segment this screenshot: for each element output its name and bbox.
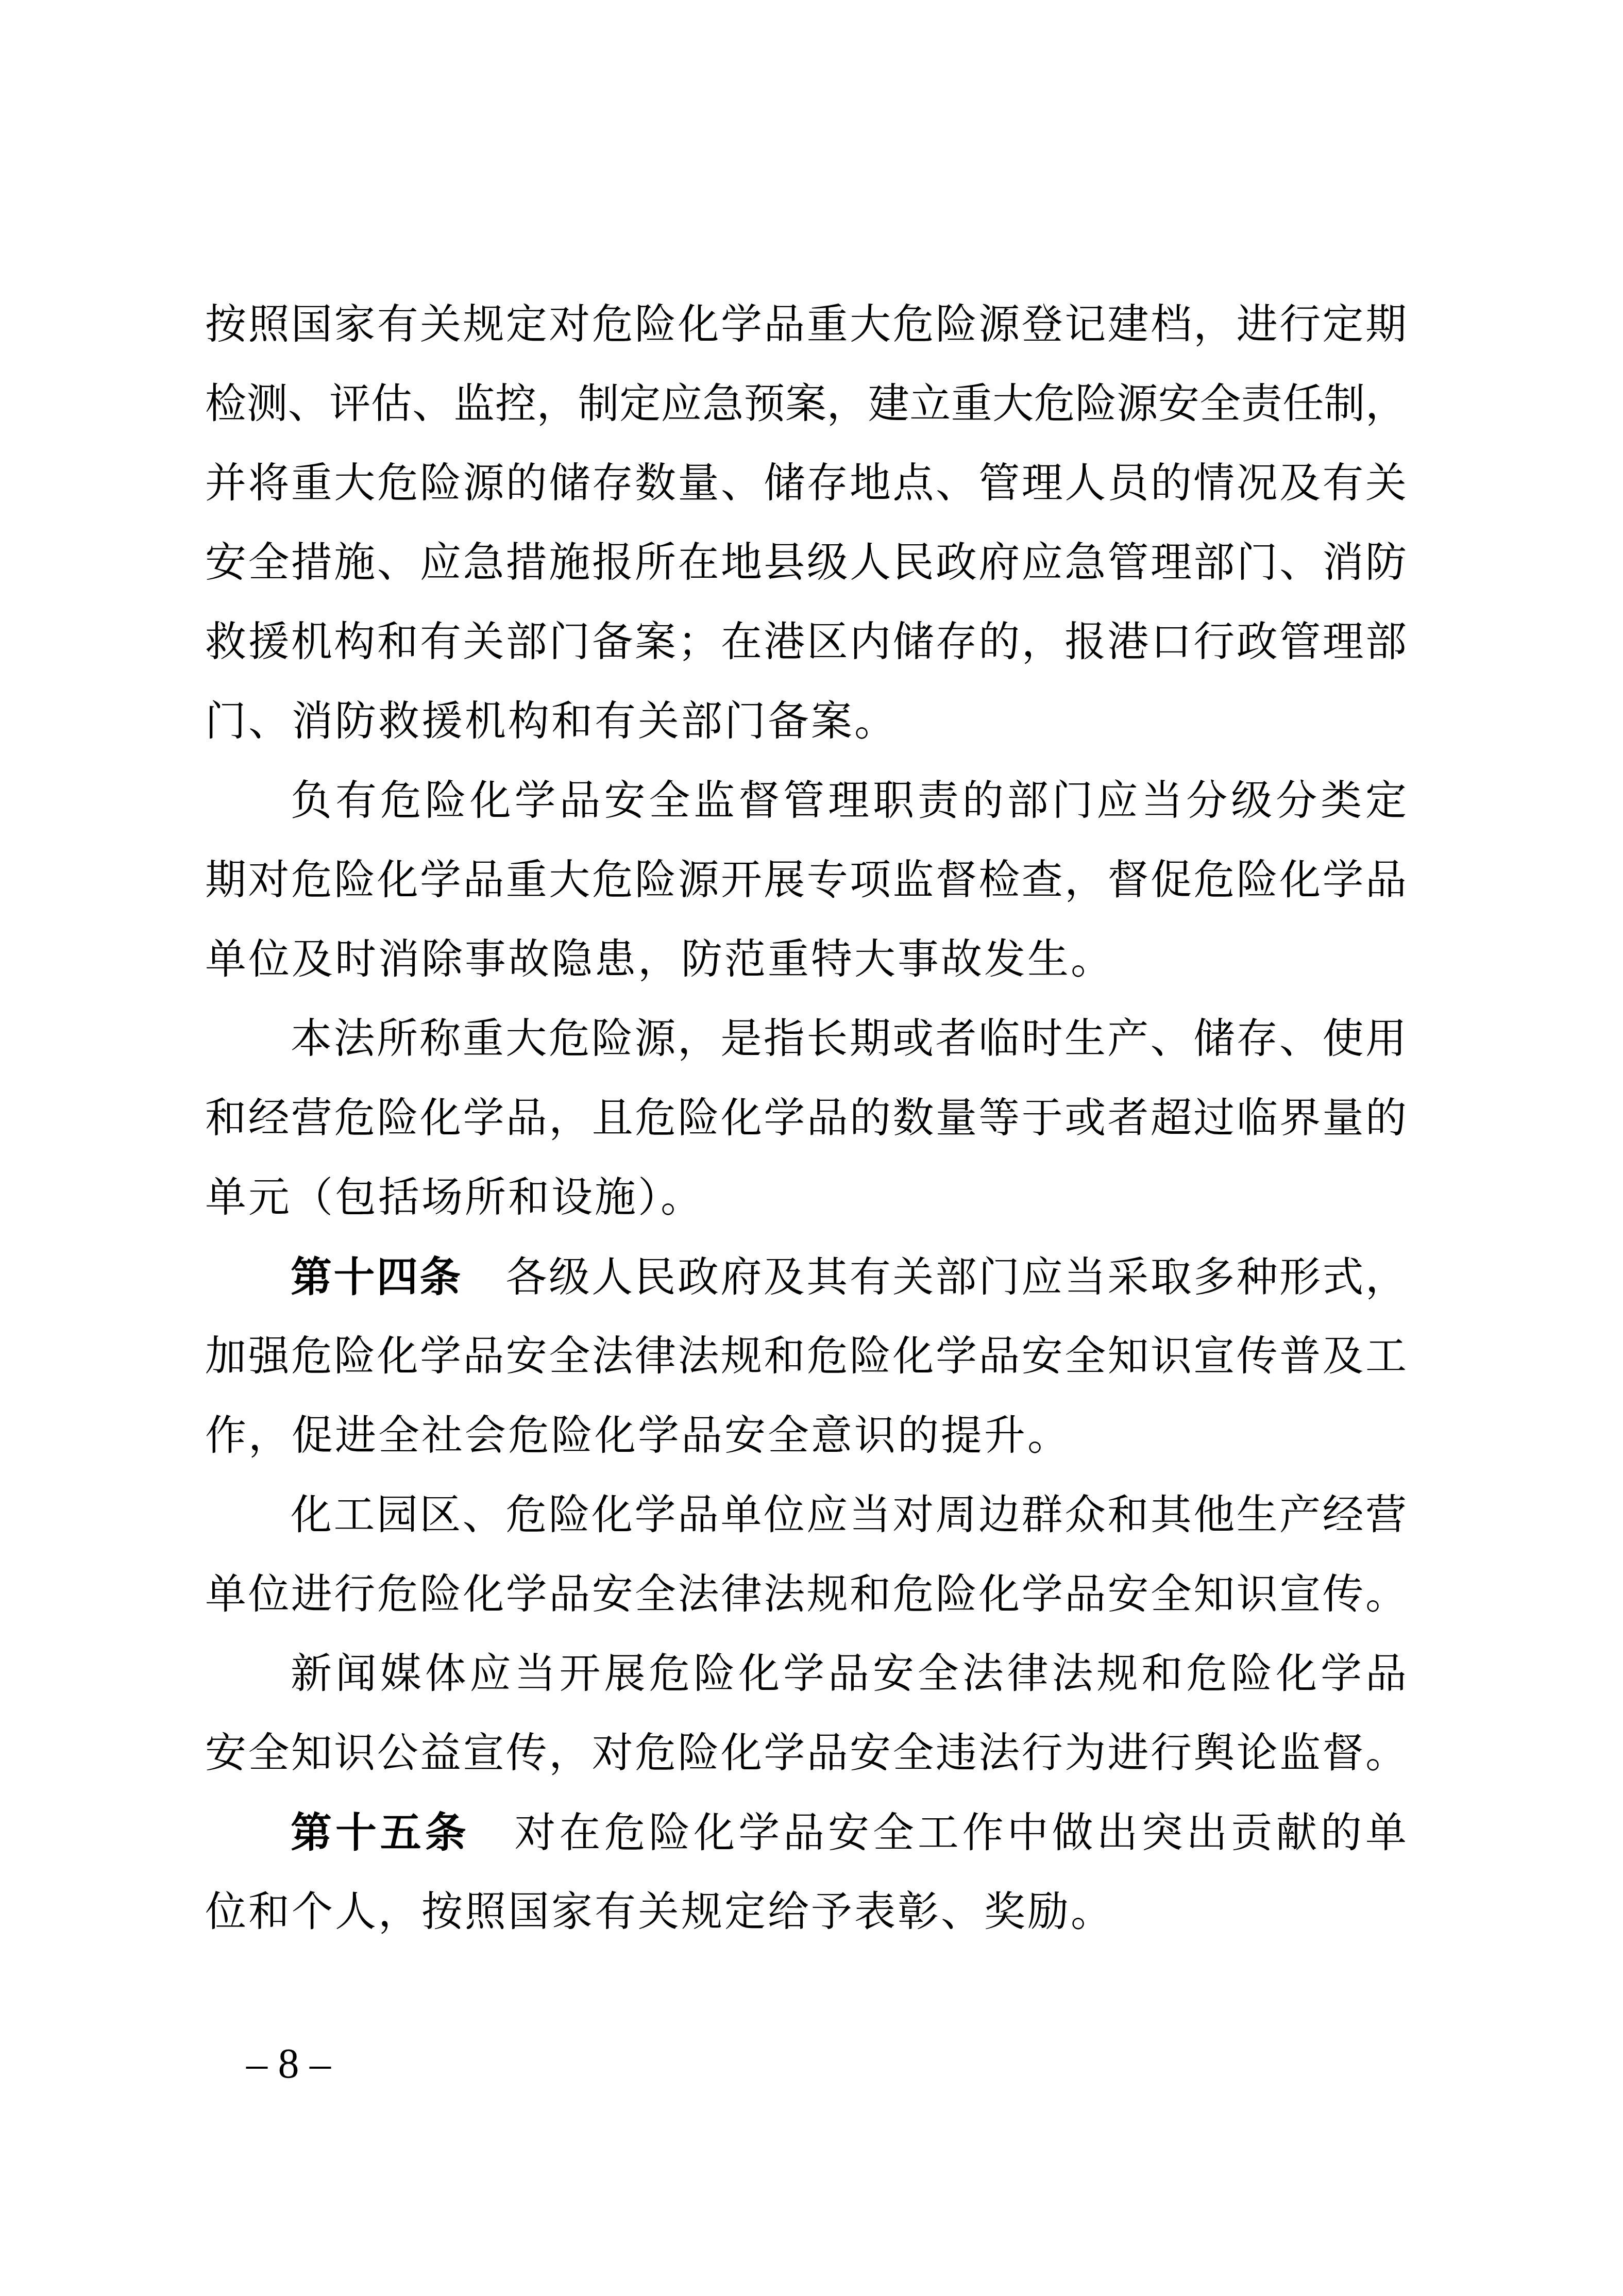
line-text: 负有危险化学品安全监督管理职责的部门应当分级分类定 (291, 778, 1407, 824)
line-text: 和经营危险化学品，且危险化学品的数量等于或者超过临界量的 (205, 1096, 1407, 1141)
line-text: 各级人民政府及其有关部门应当采取多种形式， (463, 1255, 1407, 1300)
text-line: 作，促进全社会危险化学品安全意识的提升。 (205, 1396, 1407, 1476)
text-line: 检测、评估、监控，制定应急预案，建立重大危险源安全责任制， (205, 364, 1407, 444)
line-text: 化工园区、危险化学品单位应当对周边群众和其他生产经营 (291, 1493, 1407, 1538)
text-line: 位和个人，按照国家有关规定给予表彰、奖励。 (205, 1872, 1407, 1952)
text-line: 化工园区、危险化学品单位应当对周边群众和其他生产经营 (205, 1476, 1407, 1555)
text-line: 负有危险化学品安全监督管理职责的部门应当分级分类定 (205, 761, 1407, 841)
line-text: 按照国家有关规定对危险化学品重大危险源登记建档，进行定期 (205, 302, 1407, 347)
line-text: 单元（包括场所和设施）。 (205, 1175, 704, 1220)
line-text: 安全措施、应急措施报所在地县级人民政府应急管理部门、消防 (205, 540, 1407, 585)
text-line: 救援机构和有关部门备案；在港区内储存的，报港口行政管理部 (205, 602, 1407, 682)
line-text: 检测、评估、监控，制定应急预案，建立重大危险源安全责任制， (205, 381, 1407, 427)
text-line: 本法所称重大危险源，是指长期或者临时生产、储存、使用 (205, 999, 1407, 1079)
text-line: 期对危险化学品重大危险源开展专项监督检查，督促危险化学品 (205, 841, 1407, 920)
text-line: 单位及时消除事故隐患，防范重特大事故发生。 (205, 920, 1407, 999)
article-number: 第十四条 (291, 1254, 463, 1300)
document-body: 按照国家有关规定对危险化学品重大危险源登记建档，进行定期检测、评估、监控，制定应… (205, 285, 1407, 1952)
text-line: 门、消防救援机构和有关部门备案。 (205, 682, 1407, 761)
line-text: 并将重大危险源的储存数量、储存地点、管理人员的情况及有关 (205, 461, 1407, 506)
text-line: 按照国家有关规定对危险化学品重大危险源登记建档，进行定期 (205, 285, 1407, 364)
text-line: 安全知识公益宣传，对危险化学品安全违法行为进行舆论监督。 (205, 1714, 1407, 1793)
line-text: 安全知识公益宣传，对危险化学品安全违法行为进行舆论监督。 (205, 1731, 1407, 1776)
line-text: 救援机构和有关部门备案；在港区内储存的，报港口行政管理部 (205, 619, 1407, 665)
text-line: 第十四条 各级人民政府及其有关部门应当采取多种形式， (205, 1237, 1407, 1317)
line-text: 期对危险化学品重大危险源开展专项监督检查，督促危险化学品 (205, 858, 1407, 903)
line-text: 门、消防救援机构和有关部门备案。 (205, 699, 898, 744)
text-line: 加强危险化学品安全法律法规和危险化学品安全知识宣传普及工 (205, 1317, 1407, 1396)
text-line: 新闻媒体应当开展危险化学品安全法律法规和危险化学品 (205, 1634, 1407, 1714)
text-line: 和经营危险化学品，且危险化学品的数量等于或者超过临界量的 (205, 1079, 1407, 1158)
line-text: 单位进行危险化学品安全法律法规和危险化学品安全知识宣传。 (205, 1572, 1407, 1617)
text-line: 单元（包括场所和设施）。 (205, 1158, 1407, 1237)
line-text: 新闻媒体应当开展危险化学品安全法律法规和危险化学品 (291, 1651, 1407, 1697)
text-line: 并将重大危险源的储存数量、储存地点、管理人员的情况及有关 (205, 444, 1407, 523)
line-text: 作，促进全社会危险化学品安全意识的提升。 (205, 1413, 1071, 1459)
line-text: 对在危险化学品安全工作中做出突出贡献的单 (470, 1811, 1407, 1856)
page-number: – 8 – (246, 2040, 331, 2087)
line-text: 加强危险化学品安全法律法规和危险化学品安全知识宣传普及工 (205, 1334, 1407, 1379)
text-line: 第十五条 对在危险化学品安全工作中做出突出贡献的单 (205, 1793, 1407, 1872)
text-line: 安全措施、应急措施报所在地县级人民政府应急管理部门、消防 (205, 523, 1407, 602)
line-text: 位和个人，按照国家有关规定给予表彰、奖励。 (205, 1889, 1114, 1935)
line-text: 本法所称重大危险源，是指长期或者临时生产、储存、使用 (291, 1016, 1407, 1062)
text-line: 单位进行危险化学品安全法律法规和危险化学品安全知识宣传。 (205, 1555, 1407, 1634)
article-number: 第十五条 (291, 1809, 470, 1855)
document-page: 按照国家有关规定对危险化学品重大危险源登记建档，进行定期检测、评估、监控，制定应… (0, 0, 1623, 2296)
line-text: 单位及时消除事故隐患，防范重特大事故发生。 (205, 937, 1114, 982)
